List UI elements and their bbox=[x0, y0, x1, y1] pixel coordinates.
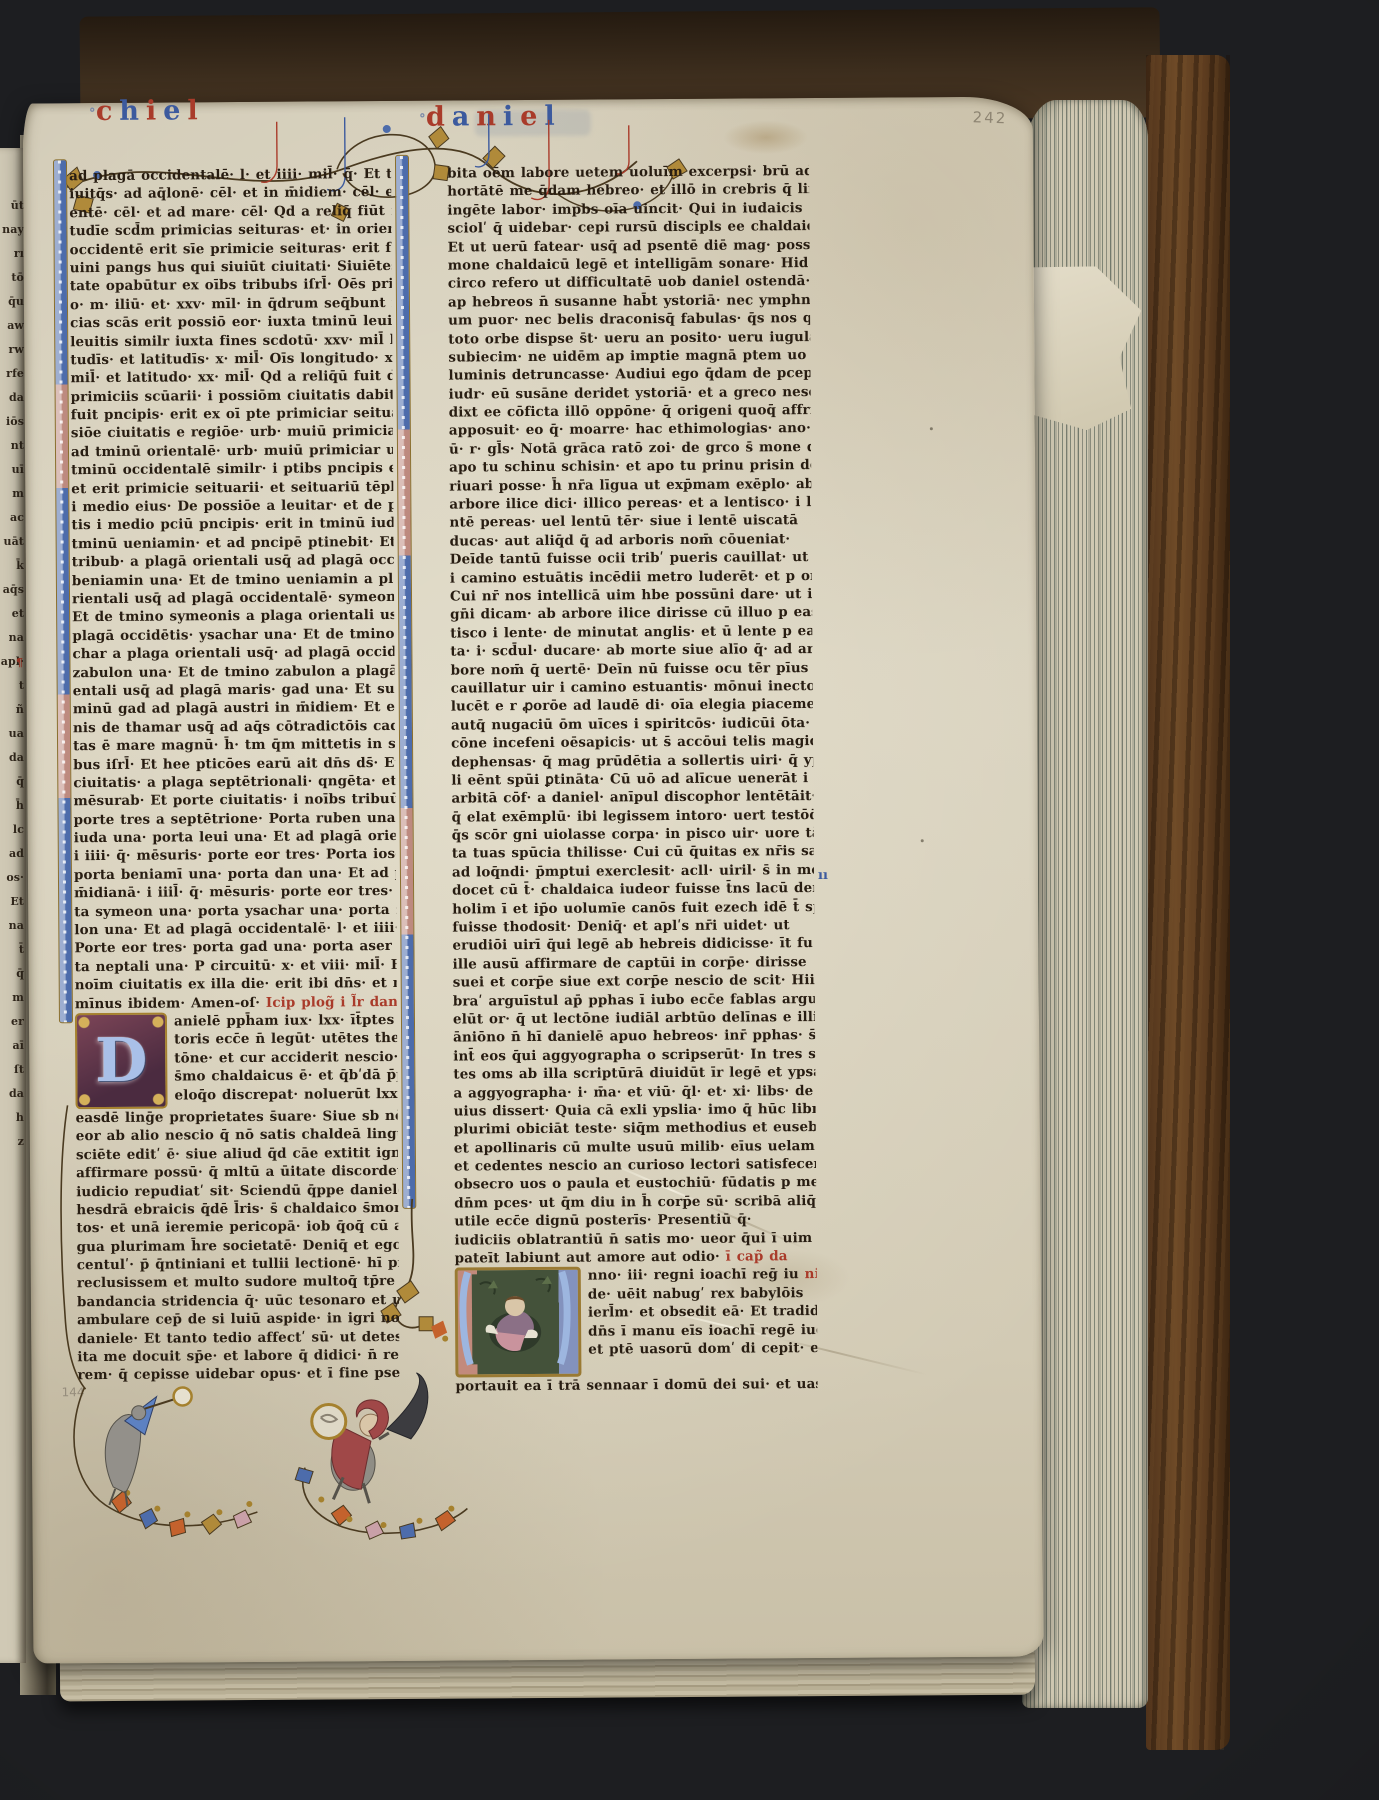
speck bbox=[921, 839, 924, 842]
text-line: s̄mo chaldaicus ē· et q̄bʹdā p̄p̄etatib … bbox=[174, 1066, 397, 1086]
text-line: centulʹ· p̄ q̄ntiniani et tullii lection… bbox=[77, 1254, 399, 1275]
bottom-marginalia bbox=[46, 1370, 487, 1563]
text-line: Et bbox=[0, 890, 24, 914]
daniel-opening-lines: nno· iii· regni ioachī reḡ iu niel̃ p̃. … bbox=[588, 1265, 818, 1377]
facing-page-sliver: ūtnayrıtōq̄uawrwrfedaiōsntuīmacuātk̄aq̄s… bbox=[0, 148, 26, 1663]
ezekiel-text: ad plagā occidentalē· l· et iiii· mil̄· … bbox=[69, 165, 397, 995]
text-line: nno· iii· regni ioachī reḡ iu niel̃ p̃. bbox=[588, 1265, 817, 1285]
text-line: k̄ bbox=[0, 554, 24, 578]
text-line: m bbox=[0, 986, 24, 1010]
text-line: suei et corp̄e siue ext corp̄e nescio de… bbox=[453, 971, 815, 992]
text-line: rı bbox=[0, 242, 24, 266]
text-line: er bbox=[0, 1010, 24, 1034]
text-line: de· uēit nabugʹ rex babylōis bbox=[588, 1284, 817, 1304]
text-line: zabulon una· Et de tmino zabulon a plagā… bbox=[72, 662, 394, 683]
text-line: tudīe scd̄m primicias seituras· et· in o… bbox=[69, 220, 391, 241]
text-line: et ptē uasorū domʹ di cepit· et as bbox=[588, 1339, 817, 1359]
text-line: t̄ bbox=[0, 938, 24, 962]
text-line: hortātē me q̄dam hebreo· et illō in creb… bbox=[447, 180, 809, 201]
sliver-line-endings: ūtnayrıtōq̄uawrwrfedaiōsntuīmacuātk̄aq̄s… bbox=[0, 194, 24, 1154]
text-line: i iiii· q̄· mēsuris· porte eor tres· Por… bbox=[74, 845, 396, 866]
text-line: um puor· nec belis draconisq̄ fabulas· q… bbox=[448, 309, 810, 330]
text-line: porta beniamī una· porta dan una· Et ad … bbox=[74, 864, 396, 885]
daniel-text-line: portauit ea ī trā sennaar ī domū dei sui… bbox=[455, 1375, 817, 1396]
text-line: dn̄s ī manu eīs ioachī regē iude bbox=[588, 1321, 817, 1341]
text-line: toto orbe dispse s̄t· ueru an posito· ue… bbox=[448, 328, 810, 349]
text-line: erudiōi uirī q̄ui legē ab hebreis didici… bbox=[452, 934, 814, 955]
speck bbox=[930, 427, 933, 430]
text-line: ad plagā occidentalē· l· et iiii· mil̄· … bbox=[69, 165, 391, 186]
text-line: eloq̄o discrepat· noluerūt lxx īt̄p̄tes bbox=[174, 1084, 397, 1104]
text-line: iuda una· porta leui una· Et ad plagā or… bbox=[74, 827, 396, 848]
text-column-left: ad plagā occidentalē· l· et iiii· mil̄· … bbox=[69, 165, 399, 1385]
text-line: obsecro uos o paula et eustochiū· fūdati… bbox=[454, 1174, 816, 1195]
explicit-text: mīnus ibidem· Amen-oſ· bbox=[75, 994, 266, 1011]
text-line: aī bbox=[0, 1034, 24, 1058]
text-line: circo refero ut difficultatē uob daniel … bbox=[448, 272, 810, 293]
text-line: bandancia stridencia q̄· uūc tesonaro et… bbox=[77, 1291, 399, 1312]
text-line: primiciis scūarii· i possiōm ciuitatis d… bbox=[71, 386, 393, 407]
text-line: q̄ bbox=[0, 770, 24, 794]
text-line: ūt bbox=[0, 194, 24, 218]
marginalia-grotesque bbox=[105, 1387, 193, 1507]
wood-grain bbox=[1146, 55, 1230, 1750]
text-line: ciuitatis· a plaga septētrionali· qngēta… bbox=[73, 772, 395, 793]
text-line: ambulare cep̄ de si luiū aspide· in igri… bbox=[77, 1309, 399, 1330]
text-line: toris ecc̄e n̄ legūt· utētes theodocōe e… bbox=[174, 1029, 397, 1049]
text-line: uini pangs hus qui siuiūt ciuitati· Siui… bbox=[70, 257, 392, 278]
rubric-incipit-daniel: ī cap̃ da bbox=[726, 1248, 788, 1264]
text-line: et bbox=[0, 602, 24, 626]
prologue-end-text: pateīt labiunt aut amore aut odio· bbox=[455, 1249, 726, 1267]
text-line: na bbox=[0, 914, 24, 938]
text-line: bus iſrl̄· Et hee pticōes earū ait dn̄s … bbox=[73, 753, 395, 774]
text-line: ſt bbox=[0, 1058, 24, 1082]
text-line: uāt bbox=[0, 530, 24, 554]
text-line: m̄idianā· i iiil̄· q̄· mēsuris· porte eo… bbox=[74, 882, 396, 903]
text-line: da bbox=[0, 386, 24, 410]
text-line: aq̄s bbox=[0, 578, 24, 602]
text-line: tudīs· et latitudīs· x· mil̄· Oīs longit… bbox=[70, 349, 392, 370]
text-line: iuitq̄s· ad aq̄lonē· cēl· et in m̄idiem·… bbox=[69, 183, 391, 204]
text-line: iōs bbox=[0, 410, 24, 434]
text-line: lucēt e r ꝓorōe ad laudē di· oīa elegia … bbox=[451, 695, 813, 716]
text-line: hesdrā ebraicis q̄dē l̄ris· s̄ chaldaico… bbox=[76, 1199, 398, 1220]
prologue-opening-lines: anielē pph̄am iux· lxx· īt̄ptes dn̄i sal… bbox=[174, 1011, 398, 1109]
text-line: easdē linḡe proprietates s̄uare· Siue sb… bbox=[76, 1107, 398, 1128]
text-line: lc bbox=[0, 818, 24, 842]
rubric-daniel-end: niel̃ p̃. bbox=[805, 1266, 817, 1282]
quire-mark: ıı bbox=[818, 868, 828, 883]
text-line: plagā occidētis· ysachar una· Et de tmin… bbox=[72, 625, 394, 646]
text-line: arbitā cōf· a daniel· anīpul discophor l… bbox=[451, 787, 813, 808]
text-line: bore nom̄ q̄ uertē· Deīn nū fuisse ocu t… bbox=[450, 659, 812, 680]
text-line: reclusissem et multo sudore multoq̄ tp̄r… bbox=[77, 1272, 399, 1293]
manuscript-page: ∘chiel ∘daniel 242 bbox=[23, 96, 1044, 1663]
text-line: uī bbox=[0, 458, 24, 482]
text-line: tas ē mare magnū· h̄· tm q̄m mittetis in… bbox=[73, 735, 395, 756]
text-line: dn̄m pces· ut q̄m diu in h̄ corp̄e sū· s… bbox=[454, 1192, 816, 1213]
text-line: t bbox=[0, 674, 24, 698]
binding-board-right bbox=[1146, 55, 1230, 1750]
text-line: tminū occidentalē similr· i ptibs pncipi… bbox=[71, 459, 393, 480]
text-line: da bbox=[0, 1082, 24, 1106]
text-line: cias scās erit possiō eor· iuxta tminū l… bbox=[70, 312, 392, 333]
text-line: dephensas· q̄ mag prūdētia a sollertis u… bbox=[451, 751, 813, 772]
text-line: ta neptali una· P circuitū· x· et viii· … bbox=[75, 956, 397, 977]
text-line: ta· i· scd̄ul· ducare· ab morte siue alī… bbox=[450, 640, 812, 661]
prologue-text: easdē linḡe proprietates s̄uare· Siue sb… bbox=[76, 1107, 400, 1385]
text-line: ierl̄m· et obsedit eā· Et tradid· bbox=[588, 1302, 817, 1322]
text-line: ntē pereas· uel lentū tēr· siue i lentē … bbox=[449, 511, 811, 532]
text-line: entē· cēl· et ad mare· cēl· Qd a reliq̄ … bbox=[69, 202, 391, 223]
text-line: fuit pncipis· erit ex oī pte primiciar s… bbox=[71, 404, 393, 425]
text-line: tō bbox=[0, 266, 24, 290]
bar-pattern bbox=[58, 160, 67, 1022]
text-line: entali usq̄ ad plagā maris· gad una· Et … bbox=[73, 680, 395, 701]
text-line: ac bbox=[0, 506, 24, 530]
folio-number: 242 bbox=[972, 108, 1007, 127]
explicit-incipit-line: mīnus ibidem· Amen-oſ· Icip plog̃ i l̃r … bbox=[75, 993, 397, 1014]
text-line: gn̄i dicam· ab arbore ilice dirisse cū i… bbox=[450, 603, 812, 624]
initial-a-miniature bbox=[458, 1270, 573, 1369]
bar-pattern bbox=[400, 156, 410, 1208]
text-line: q̄u bbox=[0, 290, 24, 314]
text-line: noīm ciuitatis ex illa die· erit ibi dn̄… bbox=[75, 974, 397, 995]
text-line: z bbox=[0, 1130, 24, 1154]
text-line: tōne· et cur acciderit nescio· Siue eni … bbox=[174, 1048, 397, 1068]
text-line: q̄ bbox=[0, 962, 24, 986]
text-line: o· m· iliū· et· xxv· mīl· in q̄drum seq̄… bbox=[70, 294, 392, 315]
text-line: nt bbox=[0, 434, 24, 458]
text-line: h bbox=[0, 1106, 24, 1130]
text-line: beniamin una· Et de tmino ueniamin a pla… bbox=[72, 570, 394, 591]
text-line: m bbox=[0, 482, 24, 506]
text-line: ta symeon una· porta ysachar una· porta … bbox=[74, 901, 396, 922]
historiated-initial-a bbox=[455, 1267, 582, 1378]
text-line: a aggyographa· i· m̄a· et viū· q̄l· et· … bbox=[453, 1082, 815, 1103]
text-line: nis de thamar usq̄ ad aq̄s cōtradictōis … bbox=[73, 717, 395, 738]
text-line: Et ut uerū fatear· usq̄ ad psentē diē ma… bbox=[448, 236, 810, 257]
text-column-right: bita oēm labore uetem uoluīm excerpsi· b… bbox=[447, 162, 818, 1396]
text-line: sciolʹ q̄ uidebar· cepi rursū discipls e… bbox=[447, 217, 809, 238]
text-line: affirmare possū· q̄ mltū a ūitate discor… bbox=[76, 1162, 398, 1183]
text-line: aw bbox=[0, 314, 24, 338]
text-line: cōne incefeni oēsapicis· ut s̄ accōui te… bbox=[451, 732, 813, 753]
text-line: rw bbox=[0, 338, 24, 362]
text-line: h̄ bbox=[0, 794, 24, 818]
text-line: rfe bbox=[0, 362, 24, 386]
text-line: mēsurab· Et porte ciuitatis· i noībs tri… bbox=[73, 790, 395, 811]
text-line: leuitis similr iuxta fines scdotū· xxv· … bbox=[70, 330, 392, 351]
text-line: ta tuas spūcia thilisse· Cui cū q̄uitas … bbox=[452, 842, 814, 863]
text-line: sciēte editʹ ē· siue aliud q̄d cāe extit… bbox=[76, 1144, 398, 1165]
text-line: da bbox=[0, 746, 24, 770]
text-line: plurimi obiciāt teste· siq̄m methodius e… bbox=[454, 1118, 816, 1139]
text-line: apposuit· eo q̄· moarre· hac ethimologia… bbox=[449, 420, 811, 441]
text-line: et erit primicie seituarii· et seituariū… bbox=[71, 478, 393, 499]
text-line: ua bbox=[0, 722, 24, 746]
text-line: tos· et unā ieremie pericopā· iob q̄oq̄ … bbox=[76, 1217, 398, 1238]
text-line: ita me docuit sp̄e· et labore q̄ didici·… bbox=[77, 1346, 399, 1367]
text-line: ad tminū orientalē· urb· muiū primiciar … bbox=[71, 441, 393, 462]
text-line: porte tres a septētrione· Porta ruben un… bbox=[74, 809, 396, 830]
text-line: lon una· Et ad plagā occidentalē· l· et … bbox=[74, 919, 396, 940]
text-line: daniele· Et tanto tedio affectʹ sū· ut d… bbox=[77, 1328, 399, 1349]
text-line: Porte eor tres· porta gad una· porta ase… bbox=[74, 937, 396, 958]
text-line: tate opabūtur ex oībs tribubs iſrl̄· Oēs… bbox=[70, 275, 392, 296]
text-line: os· bbox=[0, 866, 24, 890]
text-line: āniōno n̄ hī danielē apuo hebreos· inr̄ … bbox=[453, 1026, 815, 1047]
manuscript-photograph: ūtnayrıtōq̄uawrwrfedaiōsntuīmacuātk̄aq̄s… bbox=[0, 0, 1379, 1800]
text-line: braʹ arguīstul ap̄ pphas ī iubo ecc̄e fa… bbox=[453, 990, 815, 1011]
border-descender-vine bbox=[46, 1105, 88, 1395]
illuminated-initial-d: D bbox=[75, 1013, 168, 1110]
text-line: gua plurimam h̄re societatē· Deniq̄ et e… bbox=[76, 1236, 398, 1257]
sliver-paraph-mark: ¶ bbox=[16, 656, 23, 669]
text-line: tes oms ab illa scriptūrā diuidūt īr leg… bbox=[453, 1063, 815, 1084]
text-line: tribub· a plagā orientali usq̄ ad plagā … bbox=[72, 551, 394, 572]
text-line: mil̄· et latitudo· xx· mil̄· Qd a reliq̄… bbox=[70, 367, 392, 388]
text-line: siōe ciuitatis e regiōe· urb· muiū primi… bbox=[71, 422, 393, 443]
text-line: tminū ueniamin· et ad pncipē ptinebit· E… bbox=[72, 533, 394, 554]
text-line: occidentē erit sīe primicie seituras· er… bbox=[70, 239, 392, 260]
text-line: rientali usq̄ ad plagā occidentalē· syme… bbox=[72, 588, 394, 609]
prologue-continued-text: bita oēm labore uetem uoluīm excerpsi· b… bbox=[447, 162, 817, 1250]
text-line: Et de tmino symeonis a plaga orientali u… bbox=[72, 606, 394, 627]
text-line: minū gad ad plagā austri in m̄idiem· Et … bbox=[73, 698, 395, 719]
rubric-incipit-prologue: Icip plog̃ i l̃r daniel̃ p̃. bbox=[266, 993, 397, 1010]
marginalia-ape bbox=[311, 1373, 428, 1504]
text-line: iudicio repudiatʹ sit· Sciendū q̄ppe dan… bbox=[76, 1180, 398, 1201]
text-line: i medio eius· De possiōe a leuitar· et d… bbox=[71, 496, 393, 517]
text-line: tis i medio pciū pncipis· erit in tminū … bbox=[71, 514, 393, 535]
text-line: char a plaga orientali usq̄· ad plagā oc… bbox=[72, 643, 394, 664]
text-line: Deīde tantū fuisse ocii tribʹ pueris cau… bbox=[450, 548, 812, 569]
text-line: ñ bbox=[0, 698, 24, 722]
text-line: na bbox=[0, 626, 24, 650]
text-line: apo tu schinu schisin· et apo tu prinu p… bbox=[449, 456, 811, 477]
text-line: eor ab alio nescio q̄ nō satis chaldeā l… bbox=[76, 1125, 398, 1146]
text-line: nay bbox=[0, 218, 24, 242]
text-line: luminis detruncasse· Audiui ego q̄dam de… bbox=[448, 364, 810, 385]
text-line: docet cū t̄· chaldaica iudeor fuisse t̄n… bbox=[452, 879, 814, 900]
text-line: anielē pph̄am iux· lxx· īt̄ptes dn̄i sal… bbox=[174, 1011, 397, 1031]
text-line: ad bbox=[0, 842, 24, 866]
intercolumn-bar bbox=[395, 155, 416, 1209]
